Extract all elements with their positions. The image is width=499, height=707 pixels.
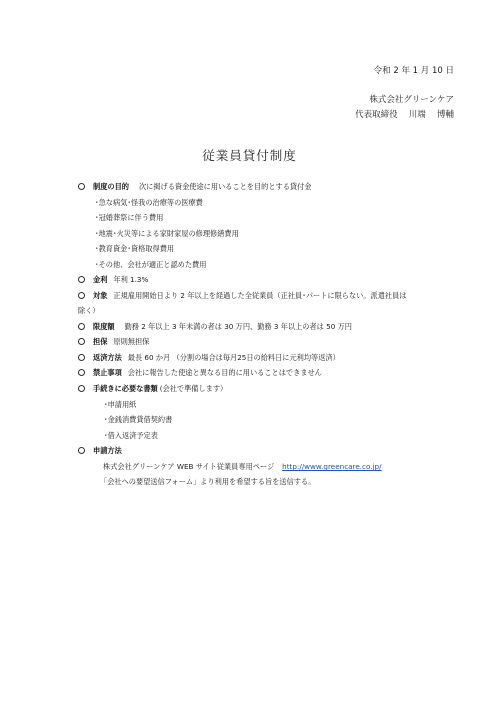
list-item: ･金銭消費貸借契約書: [104, 415, 172, 425]
list-item: ･地震･火災等による家財家屋の修理修繕費用: [95, 229, 239, 239]
section-label: 限度額: [93, 322, 115, 331]
application-line-2: 「会社への要望送信フォーム」より利用を希望する旨を送信する。: [100, 477, 315, 487]
section-label: 制度の目的: [93, 182, 129, 191]
circle-bullet-icon: [78, 369, 85, 376]
circle-bullet-icon: [78, 183, 85, 190]
circle-bullet-icon: [78, 292, 85, 299]
section-label: 手続きに必要な書類: [93, 384, 158, 393]
list-item: ･急な病気･怪我の治療等の医療費: [95, 198, 203, 208]
section-interest: 金利年利 1.3%: [78, 275, 148, 285]
section-label: 金利: [93, 275, 107, 284]
circle-bullet-icon: [78, 323, 85, 330]
circle-bullet-icon: [78, 338, 85, 345]
application-line-1: 株式会社グリーンケア WEB サイト従業員専用ページhttp://www.gre…: [103, 462, 382, 472]
section-text: 原則無担保: [113, 337, 149, 346]
section-text: 勤務 2 年以上 3 年未満の者は 30 万円、勤務 3 年以上の者は 50 万…: [125, 322, 352, 331]
section-label: 対象: [93, 291, 107, 300]
section-text: 最長 60 か月 （分割の場合は毎月25日の給料日に元利均等返済）: [128, 353, 340, 362]
section-documents: 手続きに必要な書類(会社で準備します）: [78, 384, 227, 394]
list-item: ･借入返済予定表: [104, 431, 158, 441]
circle-bullet-icon: [78, 385, 85, 392]
section-application: 申請方法: [78, 446, 128, 456]
section-text: 次に掲げる資金使途に用いることを目的とする貸付金: [139, 182, 312, 191]
document-title: 従業員貸付制度: [0, 146, 499, 164]
section-text: 年利 1.3%: [113, 275, 148, 284]
circle-bullet-icon: [78, 447, 85, 454]
section-target-cont: 除く）: [78, 306, 100, 316]
issue-date: 令和 2 年 1 月 10 日: [374, 64, 454, 76]
document-page: 令和 2 年 1 月 10 日 株式会社グリーンケア 代表取締役 川端 博輔 従…: [0, 0, 499, 707]
circle-bullet-icon: [78, 276, 85, 283]
representative: 代表取締役 川端 博輔: [355, 108, 454, 120]
list-item: ･冠婚葬祭に伴う費用: [95, 213, 163, 223]
section-repayment: 返済方法最長 60 か月 （分割の場合は毎月25日の給料日に元利均等返済）: [78, 353, 340, 363]
section-limit: 限度額勤務 2 年以上 3 年未満の者は 30 万円、勤務 3 年以上の者は 5…: [78, 322, 352, 332]
list-item: ･その他、会社が適正と認めた費用: [95, 260, 206, 270]
section-prohibited: 禁止事項会社に報告した使途と異なる目的に用いることはできません: [78, 368, 322, 378]
section-text: 正規雇用開始日より 2 年以上を経過した全従業員（正社員･パートに限らない。派遣…: [113, 291, 406, 300]
website-link[interactable]: http://www.greencare.co.jp/: [282, 462, 381, 471]
list-item: ･申請用紙: [104, 400, 136, 410]
section-text: (会社で準備します）: [160, 384, 228, 393]
circle-bullet-icon: [78, 354, 85, 361]
company-name: 株式会社グリーンケア: [369, 93, 454, 105]
section-text: 会社に報告した使途と異なる目的に用いることはできません: [128, 368, 322, 377]
section-label: 担保: [93, 337, 107, 346]
list-item: ･教育資金･資格取得費用: [95, 244, 174, 254]
section-collateral: 担保原則無担保: [78, 337, 149, 347]
section-target: 対象正規雇用開始日より 2 年以上を経過した全従業員（正社員･パートに限らない。…: [78, 291, 406, 301]
application-text: 株式会社グリーンケア WEB サイト従業員専用ページ: [103, 462, 274, 471]
section-label: 返済方法: [93, 353, 122, 362]
section-label: 申請方法: [93, 446, 122, 455]
section-label: 禁止事項: [93, 368, 122, 377]
section-purpose: 制度の目的次に掲げる資金使途に用いることを目的とする貸付金: [78, 182, 311, 192]
